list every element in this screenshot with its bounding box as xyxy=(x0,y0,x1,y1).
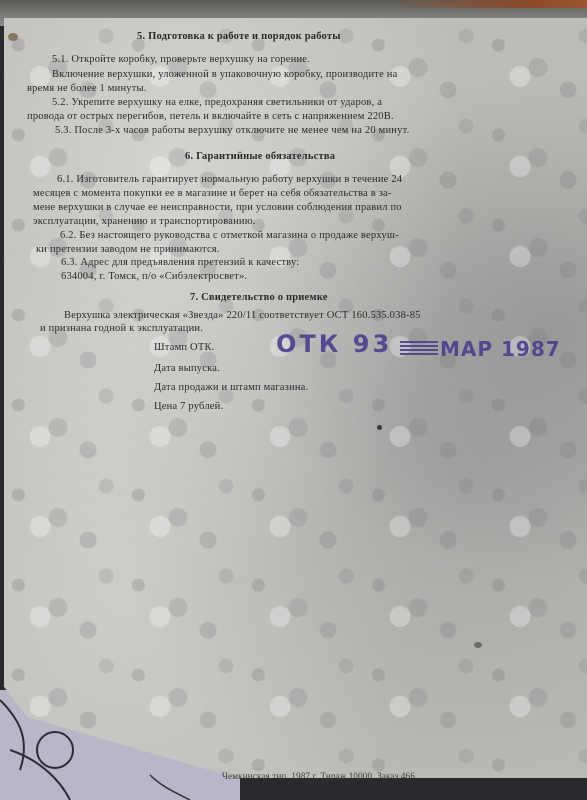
date-stamp-mark xyxy=(400,341,438,357)
line-6-3b: 634004, г. Томск, п/о «Сибэлектросвет». xyxy=(61,270,247,283)
section7-title: 7. Свидетельство о приемке xyxy=(190,291,328,304)
line-5-1: 5.1. Откройте коробку, проверьте верхушк… xyxy=(52,53,310,66)
table-edge xyxy=(387,0,587,8)
field-sale-date: Дата продажи и штамп магазина. xyxy=(154,381,308,394)
line-5-2: 5.2. Укрепите верхушку на елке, предохра… xyxy=(52,96,382,109)
printing-footer: Чемкинская тип. 1987 г. Тираж 10000. Зак… xyxy=(222,770,415,783)
line-6-1b: месяцев с момента покупки ее в магазине … xyxy=(33,187,392,200)
section6-title: 6. Гарантийные обязательства xyxy=(185,150,335,163)
line-5-1c: время не более 1 минуты. xyxy=(27,82,147,95)
paper-spot xyxy=(8,33,18,41)
paper-spot xyxy=(474,642,482,648)
date-stamp: МАР 1987 xyxy=(440,337,561,361)
line-7-1: Верхушка электрическая «Звезда» 220/11 с… xyxy=(64,309,421,322)
field-stamp-otk: Штамп ОТК. xyxy=(154,341,214,354)
line-5-1b: Включение верхушки, уложенной в упаковоч… xyxy=(52,68,397,81)
line-5-2b: провода от острых перегибов, петель и вк… xyxy=(27,110,394,123)
line-5-3: 5.3. После 3-х часов работы верхушку отк… xyxy=(55,124,409,137)
otk-stamp: ОТК 93 xyxy=(276,330,392,358)
field-release-date: Дата выпуска. xyxy=(154,362,220,375)
paper-spot xyxy=(377,425,382,430)
line-6-2: 6.2. Без настоящего руководства с отметк… xyxy=(60,229,399,242)
line-7-1b: и признана годной к эксплуатации. xyxy=(40,322,203,335)
field-price: Цена 7 рублей. xyxy=(154,400,223,413)
line-6-3: 6.3. Адрес для предъявления претензий к … xyxy=(61,256,299,269)
line-6-1c: мене верхушки в случае ее неисправности,… xyxy=(33,201,402,214)
section5-title: 5. Подготовка к работе и порядок работы xyxy=(137,30,341,43)
line-6-1: 6.1. Изготовитель гарантирует нормальную… xyxy=(57,173,402,186)
line-6-1d: эксплуатации, хранению и транспортирован… xyxy=(33,215,256,228)
line-6-2b: ки претензии заводом не принимаются. xyxy=(36,243,220,256)
